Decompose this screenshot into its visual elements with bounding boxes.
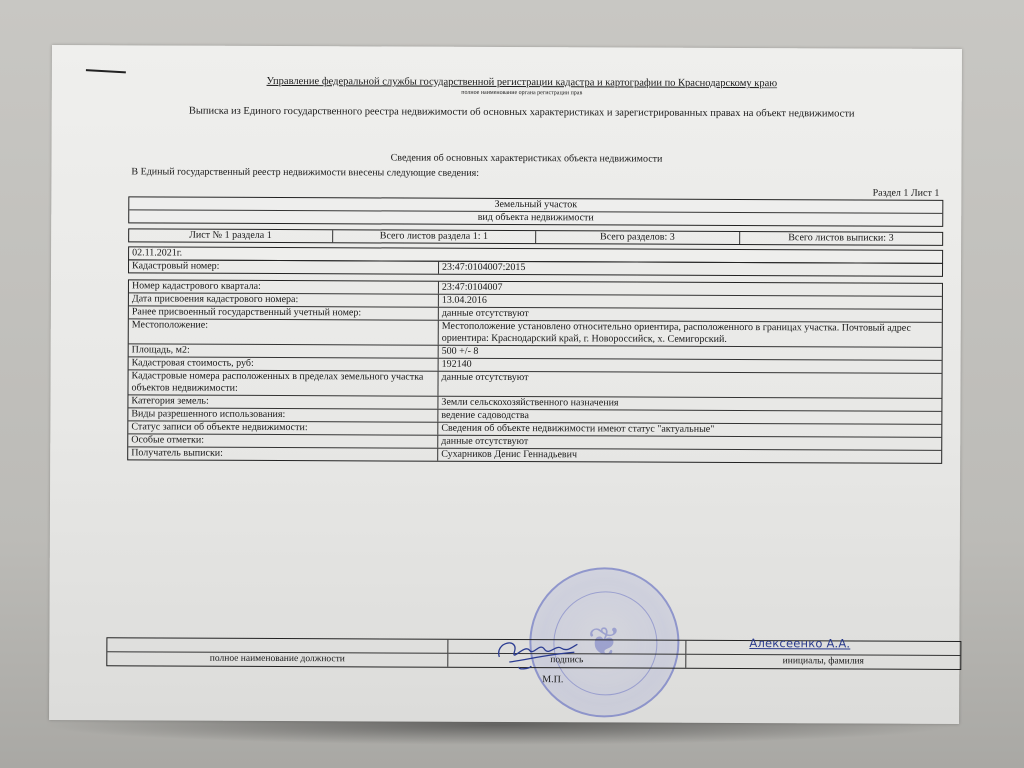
field-value: данные отсутствуют: [438, 436, 941, 450]
field-value: ведение садоводства: [438, 410, 941, 424]
characteristics-table: Номер кадастрового квартала:23:47:010400…: [127, 279, 943, 464]
field-value: данные отсутствуют: [438, 372, 941, 398]
field-label: Особые отметки:: [128, 434, 438, 447]
field-label: Категория земель:: [128, 395, 438, 408]
extract-sheets-total: Всего листов выписки: 3: [740, 232, 943, 245]
sheet-reference: Раздел 1 Лист 1: [873, 188, 940, 199]
field-label: Кадастровый номер:: [129, 260, 439, 273]
table-row: Кадастровый номер: 23:47:0104007:2015: [129, 260, 942, 276]
field-value: Местоположение установлено относительно …: [439, 321, 942, 347]
name-field: Алексеенко А.А.: [686, 641, 960, 656]
officer-name: Алексеенко А.А.: [749, 636, 850, 650]
object-type-table: Земельный участок вид объекта недвижимос…: [128, 196, 943, 227]
handwritten-signature-icon: [489, 632, 579, 672]
name-caption: инициалы, фамилия: [686, 655, 960, 669]
field-label: Кадастровая стоимость, руб:: [129, 357, 439, 370]
field-value: 192140: [439, 359, 942, 373]
field-value: 13.04.2016: [439, 295, 942, 309]
table-row: Местоположение:Местоположение установлен…: [129, 319, 942, 348]
field-label: Местоположение:: [129, 319, 439, 344]
agency-caption: полное наименование органа регистрации п…: [52, 88, 962, 98]
document-title: Выписка из Единого государственного реес…: [52, 105, 962, 120]
field-value: данные отсутствуют: [439, 308, 942, 322]
field-label: Номер кадастрового квартала:: [129, 280, 439, 293]
object-type-caption: вид объекта недвижимости: [129, 210, 942, 226]
section-title: Сведения об основных характеристиках объ…: [51, 151, 961, 166]
field-value: 500 +/- 8: [439, 346, 942, 360]
section-intro: В Единый государственный реестр недвижим…: [131, 166, 479, 179]
position-caption: полное наименование должности: [107, 652, 447, 666]
field-label: Статус записи об объекте недвижимости:: [128, 421, 438, 434]
document-sheet: Управление федеральной службы государств…: [49, 45, 962, 724]
field-label: Площадь, м2:: [129, 344, 439, 357]
cadastral-number: 23:47:0104007:2015: [439, 262, 942, 276]
name-column: Алексеенко А.А. инициалы, фамилия: [686, 641, 960, 669]
field-label: Получатель выписки:: [128, 447, 438, 460]
position-column: полное наименование должности: [107, 638, 448, 666]
field-value: Сведения об объекте недвижимости имеют с…: [438, 423, 941, 437]
field-label: Дата присвоения кадастрового номера:: [129, 293, 439, 306]
sheets-info-table: Лист № 1 раздела 1 Всего листов раздела …: [128, 228, 943, 246]
pen-mark: [86, 69, 126, 73]
field-value: Земли сельскохозяйственного назначения: [438, 397, 941, 411]
field-label: Ранее присвоенный государственный учетны…: [129, 306, 439, 319]
position-field: [107, 638, 447, 653]
field-label: Виды разрешенного использования:: [128, 408, 438, 421]
table-row: Получатель выписки:Сухарников Денис Генн…: [128, 447, 941, 463]
field-value: Сухарников Денис Геннадьевич: [438, 449, 941, 463]
field-label: Кадастровые номера расположенных в преде…: [128, 370, 438, 395]
sheet-number: Лист № 1 раздела 1: [129, 229, 333, 242]
section-sheets-total: Всего листов раздела 1: 1: [333, 230, 537, 243]
cadastral-number-table: Кадастровый номер: 23:47:0104007:2015: [128, 259, 943, 277]
sections-total: Всего разделов: 3: [536, 231, 740, 244]
field-value: 23:47:0104007: [439, 282, 942, 296]
seal-caption: М.П.: [542, 674, 563, 685]
table-row: Кадастровые номера расположенных в преде…: [128, 370, 941, 399]
